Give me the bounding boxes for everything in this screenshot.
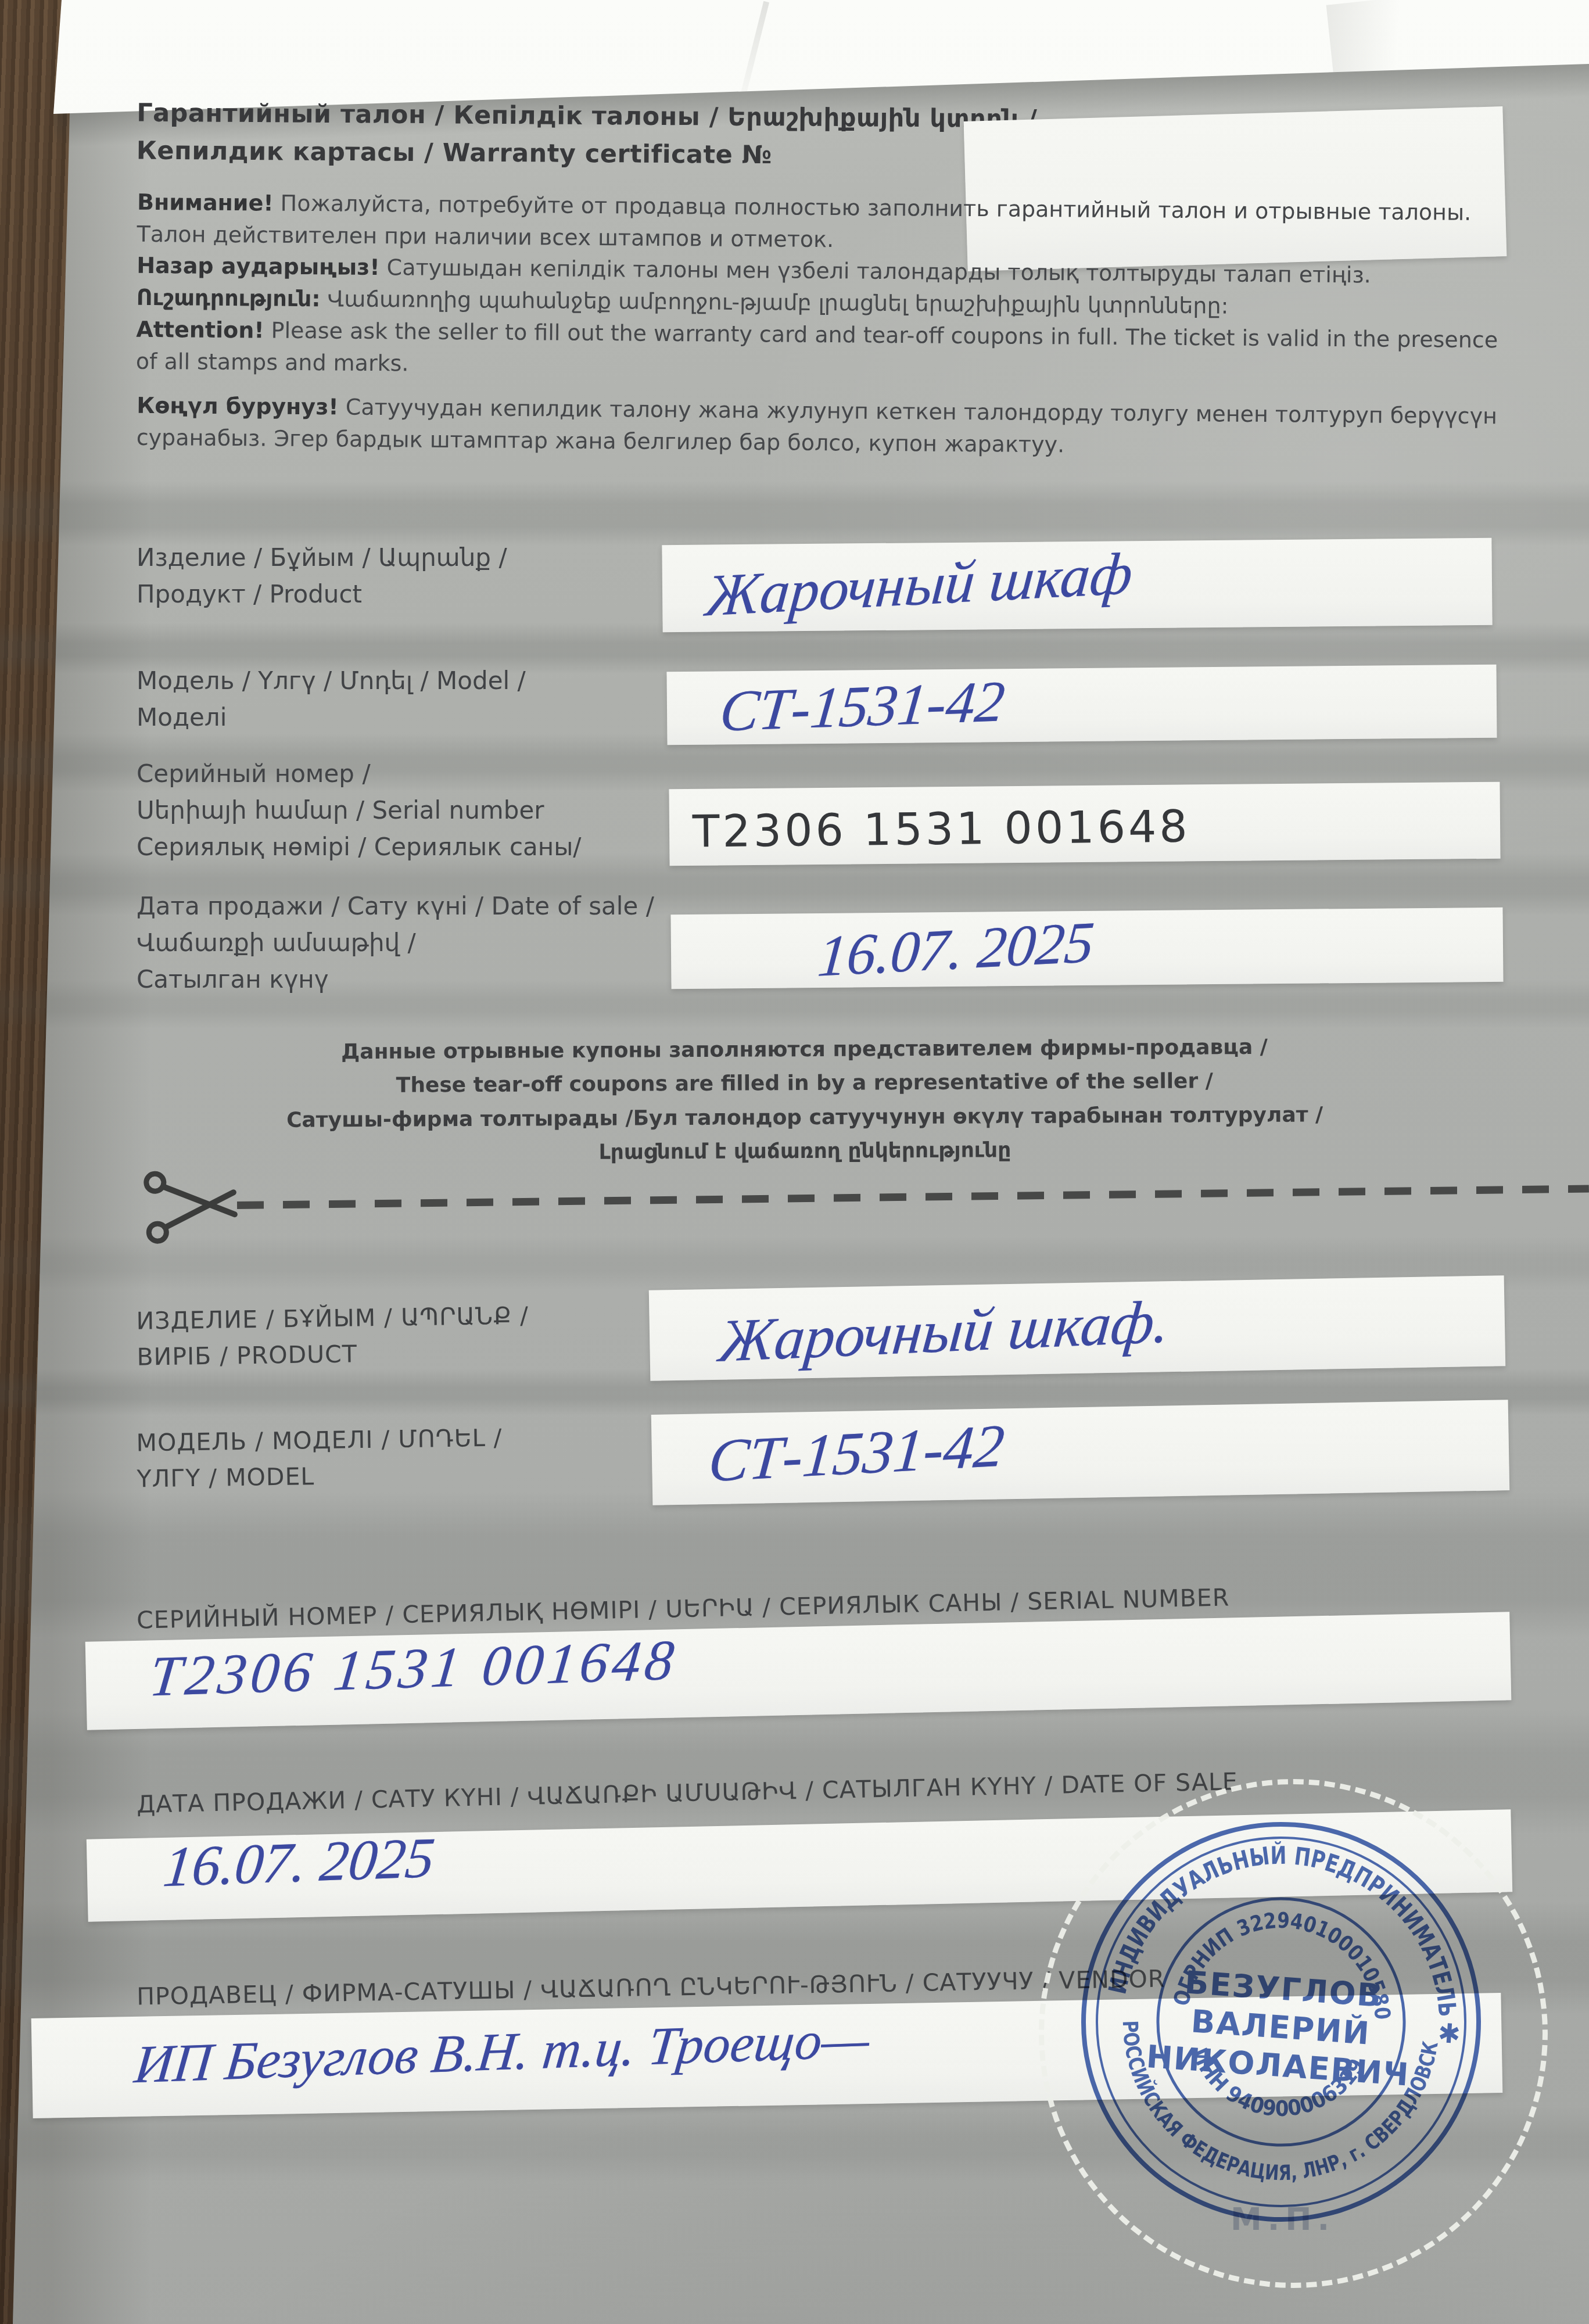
field-serial-label: Серийный номер / Սերիայի համար / Serial … [137,755,582,865]
coupon-model-label: МОДЕЛЬ / МОДЕЛІ / ՄՈԴԵԼ / ҮЛГҮ / MODEL [136,1420,503,1497]
coupon-note: Данные отрывные купоны заполняются предс… [168,1030,1441,1172]
field-serial-value: T2306 1531 001648 [693,801,1191,858]
field-product-label: Изделие / Бұйым / Ապրանք / Продукт / Pro… [137,539,507,612]
notice-kg-block: Көңүл бурунуз! Сатуучудан кепилдик талон… [137,390,1502,464]
field-model-label: Модель / Үлгү / Մոդել / Model / Моделі [137,662,526,736]
stamp-name-line3: НИКОЛАЕВИЧ [1145,2038,1411,2093]
notice-lead: Ուշադրություն: [137,285,321,311]
notice-lead: Внимание! [137,189,274,216]
field-date-label: Дата продажи / Сату күні / Date of sale … [137,888,654,998]
title-line-2: Кепилдик картасы / Warranty certificate … [137,132,1037,175]
stamp-separator-star: ✱ [1437,2017,1461,2050]
coupon-product-label: ИЗДЕЛИЕ / БҰЙЫМ / ԱՊՐԱՆՔ / ВИРІБ / PRODU… [136,1297,529,1375]
vendor-stamp: ИНДИВИДУАЛЬНЫЙ ПРЕДПРИНИМАТЕЛЬ РОССИЙСКА… [1001,1742,1562,2303]
field-model-value: СТ-1531-42 [717,668,1008,745]
scissors-icon [141,1165,243,1246]
notice-lead: Көңүл бурунуз! [137,393,339,420]
notice-lead: Назар аударыңыз! [137,253,380,280]
coupon-date-value: 16.07. 2025 [160,1826,437,1900]
page-title: Гарантийный талон / Кепілдік талоны / Եր… [137,95,1038,176]
notice-block: Внимание! Пожалуйста, потребуйте от прод… [136,187,1503,388]
notice-lead: Attention! [136,317,264,343]
photo-canvas: Гарантийный талон / Кепілдік талоны / Եր… [0,0,1589,2324]
title-line-1: Гарантийный талон / Кепілдік талоны / Եր… [137,95,1037,138]
